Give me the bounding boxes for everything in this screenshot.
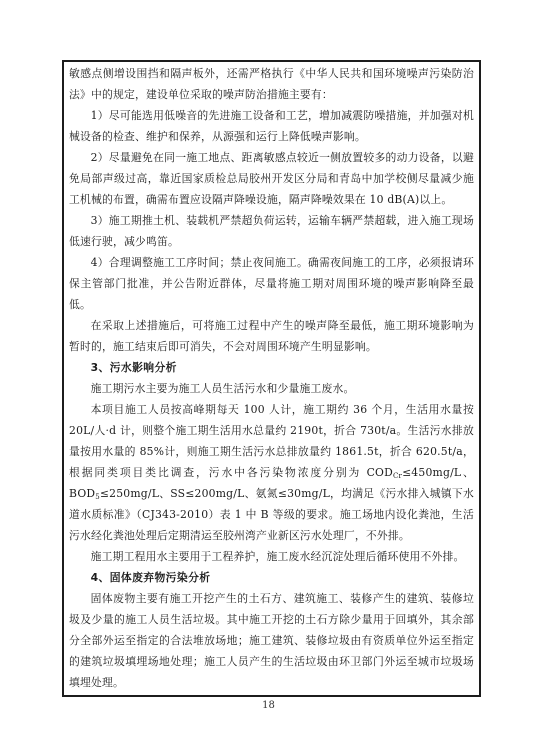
paragraph-solid-waste: 固体废物主要有施工开挖产生的土石方、建筑施工、装修产生的建筑、装修垃圾及少量的施… bbox=[69, 588, 474, 693]
paragraph-noise-measure-1: 1）尽可能选用低噪音的先进施工设备和工艺，增加减震防噪措施，并加强对机械设备的检… bbox=[69, 105, 474, 147]
paragraph-noise-measure-4: 4）合理调整施工工序时间；禁止夜间施工。确需夜间施工的工序，必须报请环保主管部门… bbox=[69, 252, 474, 315]
paragraph-construction-water: 施工期工程用水主要用于工程养护，施工废水经沉淀处理后循环使用不外排。 bbox=[69, 546, 474, 567]
cod-subscript: Cr bbox=[393, 472, 402, 480]
paragraph-noise-carryover: 敏感点侧增设围挡和隔声板外，还需严格执行《中华人民共和国环境噪声污染防治法》中的… bbox=[69, 63, 474, 105]
page-number: 18 bbox=[0, 700, 537, 711]
content-frame: 敏感点侧增设围挡和隔声板外，还需严格执行《中华人民共和国环境噪声污染防治法》中的… bbox=[62, 60, 481, 697]
sewage-detail-text-3: ≤250mg/L、SS≤200mg/L、氨氮≤30mg/L，均满足《污水排入城镇… bbox=[69, 487, 474, 542]
heading-sewage-analysis: 3、污水影响分析 bbox=[69, 357, 474, 378]
document-page: { "style": { "background_color": "#fffff… bbox=[0, 0, 537, 735]
paragraph-noise-measure-3: 3）施工期推土机、装载机严禁超负荷运转，运输车辆严禁超载，进入施工现场低速行驶，… bbox=[69, 210, 474, 252]
paragraph-sewage-detail: 本项目施工人员按高峰期每天 100 人计，施工期约 36 个月，生活用水量按 2… bbox=[69, 399, 474, 546]
paragraph-noise-conclusion: 在采取上述措施后，可将施工过程中产生的噪声降至最低，施工期环境影响为暂时的，施工… bbox=[69, 315, 474, 357]
paragraph-noise-measure-2: 2）尽量避免在同一施工地点、距离敏感点较近一侧放置较多的动力设备，以避免局部声级… bbox=[69, 147, 474, 210]
paragraph-sewage-intro: 施工期污水主要为施工人员生活污水和少量施工废水。 bbox=[69, 378, 474, 399]
heading-solid-waste-analysis: 4、固体废弃物污染分析 bbox=[69, 567, 474, 588]
